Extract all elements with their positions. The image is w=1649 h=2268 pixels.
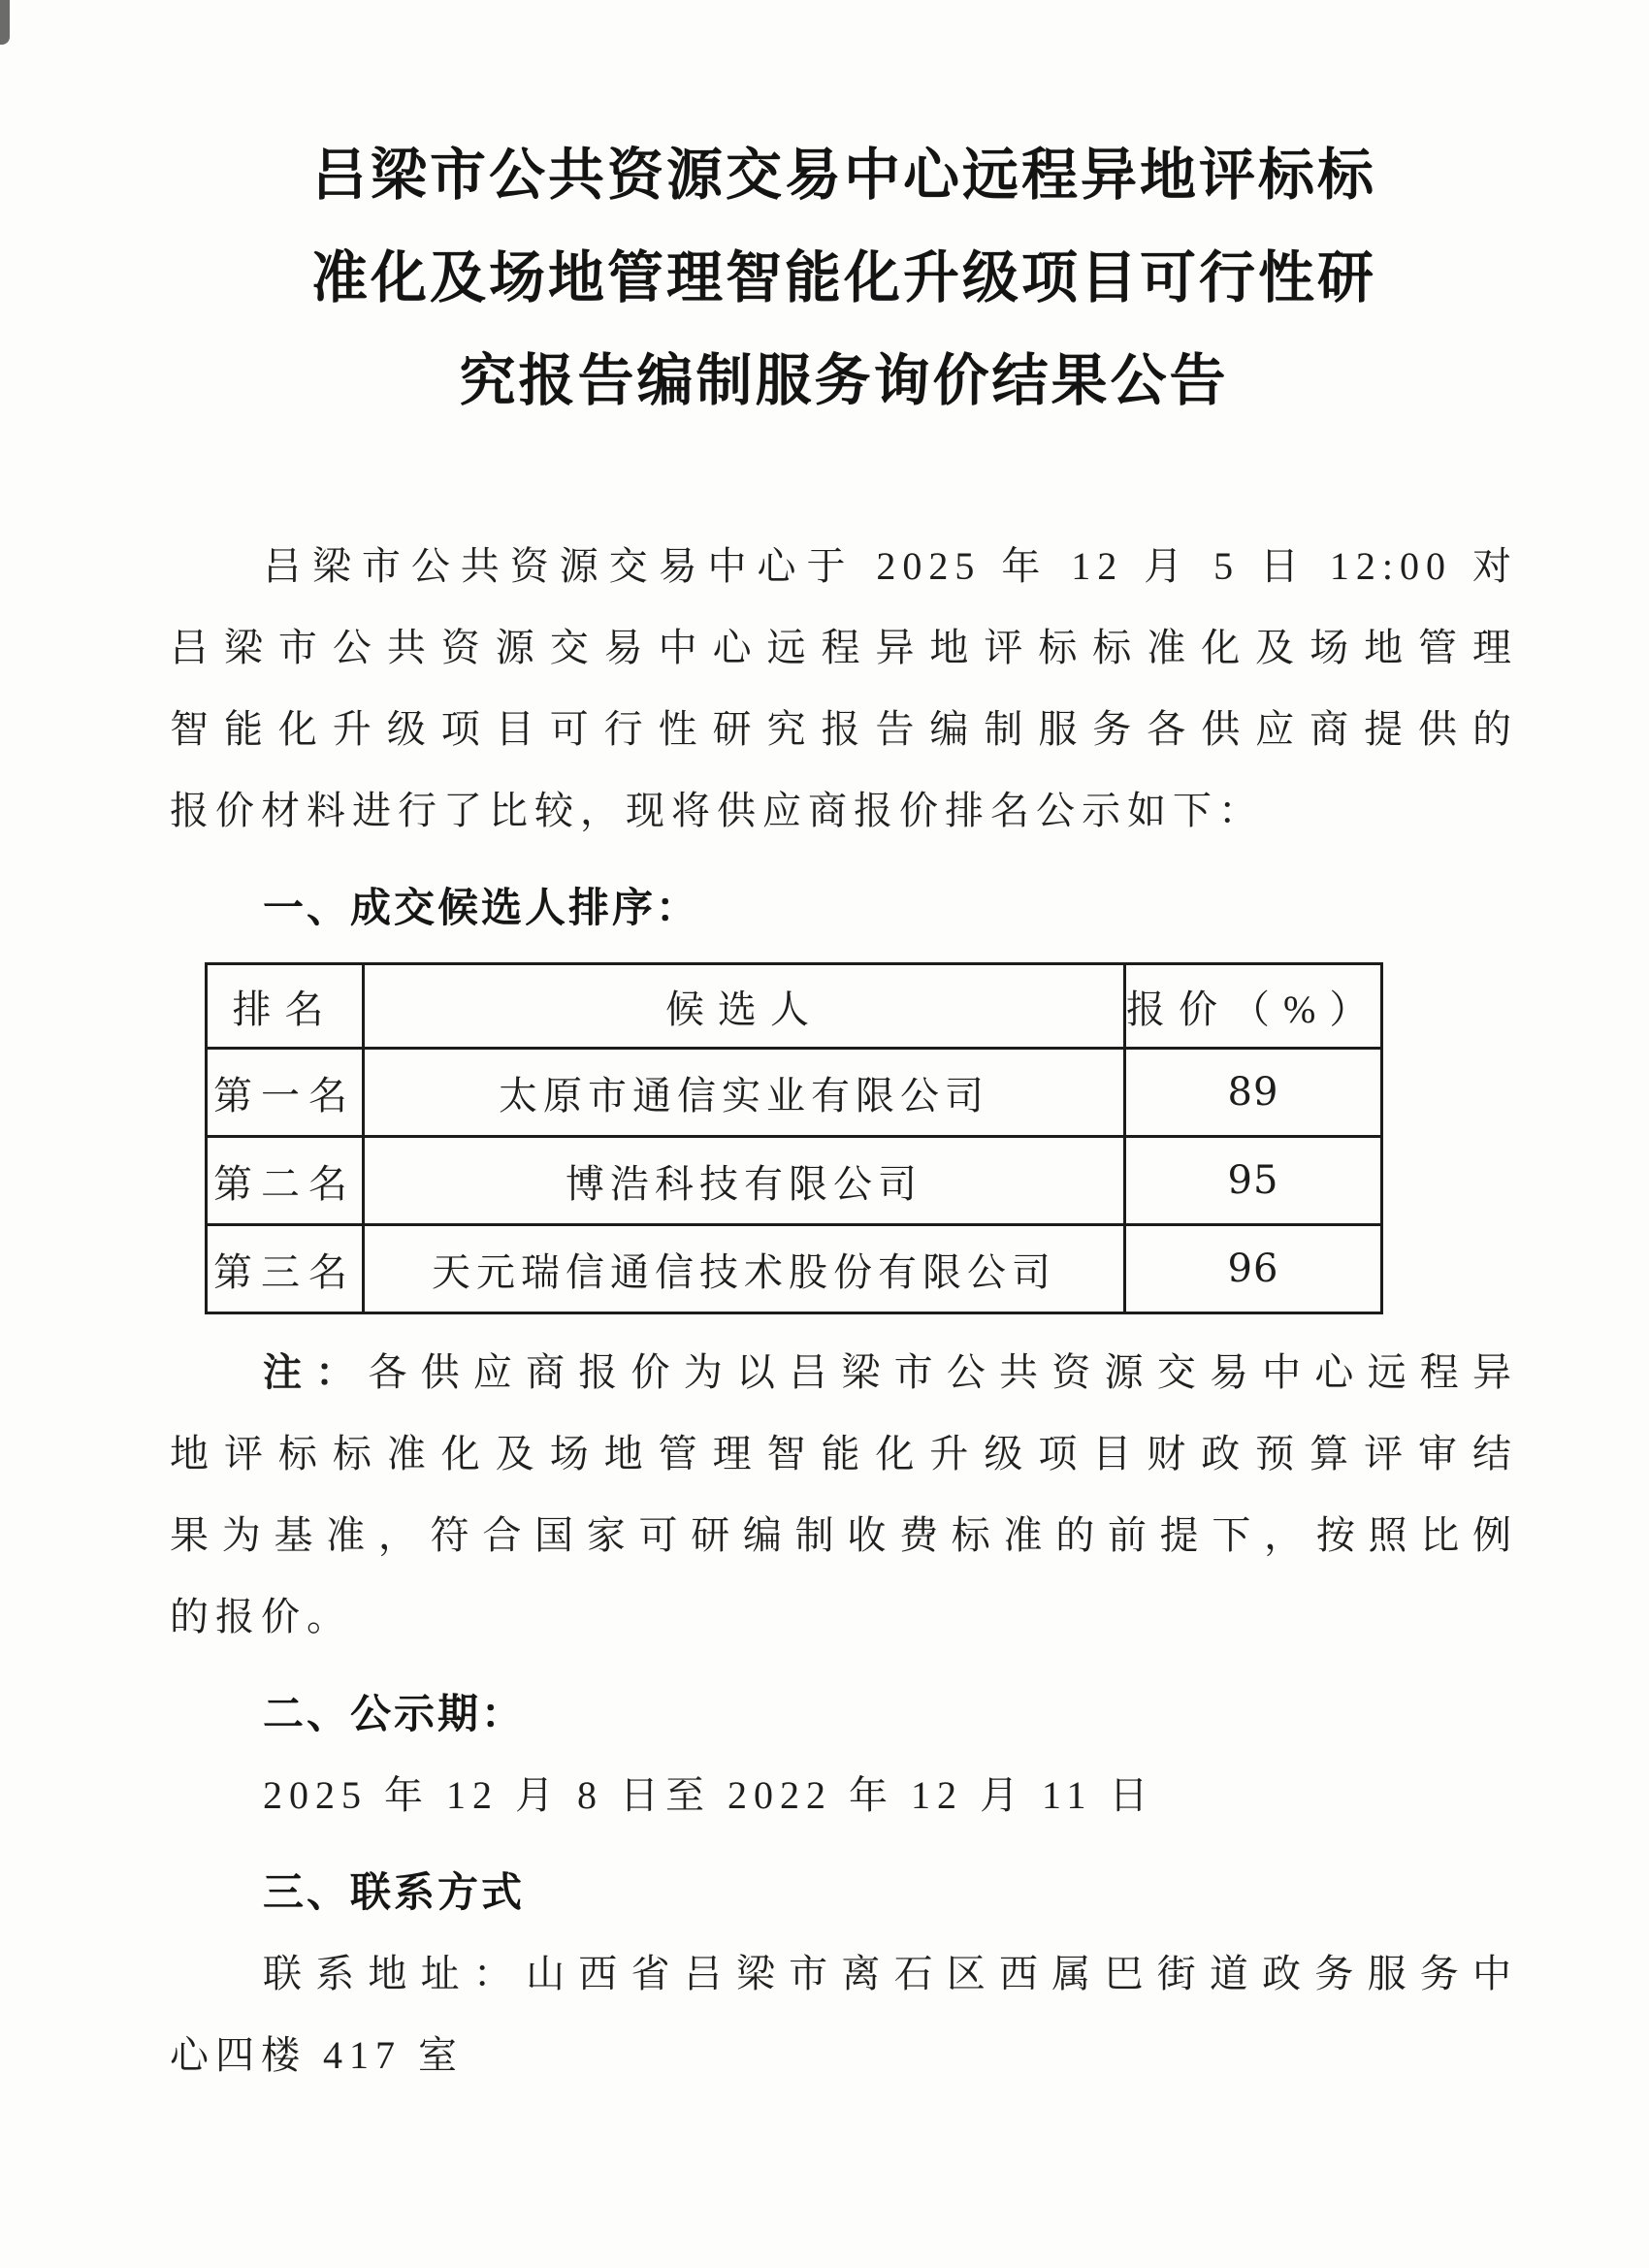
rank-cell: 第二名 xyxy=(207,1137,364,1225)
column-header-rank: 排名 xyxy=(207,964,364,1049)
note-line-2: 地评标标准化及场地管理智能化升级项目财政预算评审结 xyxy=(170,1413,1518,1495)
column-header-quote: 报价（%） xyxy=(1125,964,1382,1049)
scan-edge-artifact xyxy=(0,0,10,45)
note-line-3: 果为基准，符合国家可研编制收费标准的前提下，按照比例 xyxy=(170,1495,1518,1576)
note-text: 各供应商报价为以吕梁市公共资源交易中心远程异 xyxy=(368,1350,1518,1394)
section-heading-publicity: 二、公示期： xyxy=(170,1673,1518,1755)
intro-paragraph: 吕梁市公共资源交易中心于 2025 年 12 月 5 日 12:00 对 吕梁市… xyxy=(170,526,1518,852)
candidate-cell: 博浩科技有限公司 xyxy=(364,1137,1125,1225)
quote-cell: 95 xyxy=(1125,1137,1382,1225)
candidate-cell: 太原市通信实业有限公司 xyxy=(364,1049,1125,1137)
table-row-first: 第一名 太原市通信实业有限公司 89 xyxy=(207,1049,1382,1137)
note-label: 注： xyxy=(263,1350,368,1394)
contact-paragraph: 联系地址：山西省吕梁市离石区西属巴街道政务服务中 心四楼 417 室 xyxy=(170,1933,1518,2096)
title-line-3: 究报告编制服务询价结果公告 xyxy=(170,330,1518,433)
table-header-row: 排名 候选人 报价（%） xyxy=(207,964,1382,1049)
table-row-third: 第三名 天元瑞信通信技术股份有限公司 96 xyxy=(207,1225,1382,1313)
intro-line-1: 吕梁市公共资源交易中心于 2025 年 12 月 5 日 12:00 对 xyxy=(170,526,1518,607)
rank-cell: 第三名 xyxy=(207,1225,364,1313)
intro-line-2: 吕梁市公共资源交易中心远程异地评标标准化及场地管理 xyxy=(170,607,1518,689)
contact-address-line-1: 联系地址：山西省吕梁市离石区西属巴街道政务服务中 xyxy=(170,1933,1518,2015)
contact-address-line-2: 心四楼 417 室 xyxy=(170,2015,1518,2096)
document-title: 吕梁市公共资源交易中心远程异地评标标 准化及场地管理智能化升级项目可行性研 究报… xyxy=(170,124,1518,433)
section-heading-candidates: 一、成交候选人排序： xyxy=(170,867,1518,949)
section-heading-contact: 三、联系方式 xyxy=(170,1852,1518,1933)
quote-cell: 96 xyxy=(1125,1225,1382,1313)
title-line-2: 准化及场地管理智能化升级项目可行性研 xyxy=(170,227,1518,330)
note-line-4: 的报价。 xyxy=(170,1576,1518,1658)
note-paragraph: 注：各供应商报价为以吕梁市公共资源交易中心远程异 地评标标准化及场地管理智能化升… xyxy=(170,1332,1518,1658)
candidates-table: 排名 候选人 报价（%） 第一名 太原市通信实业有限公司 89 第二名 博浩科技… xyxy=(205,962,1383,1314)
scanned-document-page: 吕梁市公共资源交易中心远程异地评标标 准化及场地管理智能化升级项目可行性研 究报… xyxy=(0,0,1649,2268)
column-header-candidate: 候选人 xyxy=(364,964,1125,1049)
publicity-period: 2025 年 12 月 8 日至 2022 年 12 月 11 日 xyxy=(170,1755,1518,1836)
table-row-second: 第二名 博浩科技有限公司 95 xyxy=(207,1137,1382,1225)
intro-line-3: 智能化升级项目可行性研究报告编制服务各供应商提供的 xyxy=(170,689,1518,770)
rank-cell: 第一名 xyxy=(207,1049,364,1137)
quote-cell: 89 xyxy=(1125,1049,1382,1137)
document-content: 吕梁市公共资源交易中心远程异地评标标 准化及场地管理智能化升级项目可行性研 究报… xyxy=(0,0,1649,2096)
candidate-cell: 天元瑞信通信技术股份有限公司 xyxy=(364,1225,1125,1313)
title-line-1: 吕梁市公共资源交易中心远程异地评标标 xyxy=(170,124,1518,227)
intro-line-4: 报价材料进行了比较，现将供应商报价排名公示如下： xyxy=(170,770,1518,852)
note-line-1: 注：各供应商报价为以吕梁市公共资源交易中心远程异 xyxy=(170,1332,1518,1413)
